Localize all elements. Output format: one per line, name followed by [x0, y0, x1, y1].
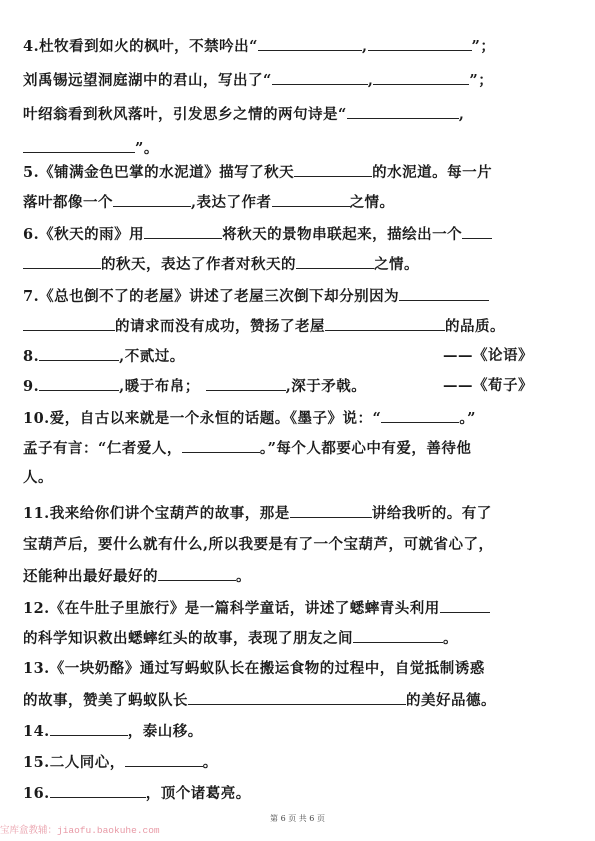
answer-blank[interactable] — [158, 566, 236, 581]
answer-blank[interactable] — [294, 162, 372, 177]
answer-blank[interactable] — [462, 224, 492, 239]
question-5-line-2: 落叶都像一个,表达了作者之情。 — [23, 192, 395, 213]
answer-blank[interactable] — [296, 254, 374, 269]
question-4-line-1: 4.杜牧看到如火的枫叶，不禁吟出“,”； — [23, 36, 495, 57]
question-11-line-1: 11.我来给你们讲个宝葫芦的故事，那是讲给我听的。有了 — [23, 503, 492, 524]
answer-blank[interactable] — [125, 752, 203, 767]
question-7-line-1: 7.《总也倒不了的老屋》讲述了老屋三次倒下却分别因为 — [23, 286, 489, 307]
answer-blank[interactable] — [272, 70, 368, 85]
question-4-line-2: 刘禹锡远望洞庭湖中的君山，写出了“,”； — [23, 70, 493, 91]
question-10-line-2: 孟子有言：“仁者爱人，。”每个人都要心中有爱，善待他 — [23, 438, 471, 459]
answer-blank[interactable] — [23, 138, 135, 153]
question-8-source: ——《论语》 — [443, 346, 533, 366]
question-9: 9.,暖于布帛；,深于矛戟。 — [23, 376, 366, 397]
question-12-line-1: 12.《在牛肚子里旅行》是一篇科学童话，讲述了蟋蟀青头利用 — [23, 598, 490, 619]
answer-blank[interactable] — [206, 376, 286, 391]
answer-blank[interactable] — [347, 104, 459, 119]
answer-blank[interactable] — [23, 254, 101, 269]
answer-blank[interactable] — [440, 598, 490, 613]
answer-blank[interactable] — [188, 690, 406, 705]
question-7-line-2: 的请求而没有成功，赞扬了老屋的品质。 — [23, 316, 505, 337]
question-15: 15.二人同心，。 — [23, 752, 218, 773]
question-13-line-1: 13.《一块奶酪》通过写蚂蚁队长在搬运食物的过程中，自觉抵制诱惑 — [23, 659, 485, 679]
question-11-line-2: 宝葫芦后，要什么就有什么,所以我要是有了一个宝葫芦，可就省心了， — [23, 535, 494, 555]
answer-blank[interactable] — [50, 721, 128, 736]
question-10-line-3: 人。 — [23, 468, 53, 488]
answer-blank[interactable] — [325, 316, 445, 331]
answer-blank[interactable] — [39, 346, 119, 361]
question-9-source: ——《荀子》 — [443, 376, 533, 396]
question-11-line-3: 还能种出最好最好的。 — [23, 566, 251, 587]
answer-blank[interactable] — [23, 316, 115, 331]
answer-blank[interactable] — [272, 192, 350, 207]
question-4-line-3: 叶绍翁看到秋风落叶，引发思乡之情的两句诗是“, — [23, 104, 464, 125]
question-12-line-2: 的科学知识救出蟋蟀红头的故事，表现了朋友之间。 — [23, 628, 458, 649]
question-16: 16.，顶个诸葛亮。 — [23, 783, 251, 804]
answer-blank[interactable] — [399, 286, 489, 301]
answer-blank[interactable] — [258, 36, 362, 51]
question-10-line-1: 10.爱，自古以来就是一个永恒的话题。《墨子》说：“。” — [23, 408, 476, 429]
question-8: 8.,不贰过。 — [23, 346, 185, 367]
answer-blank[interactable] — [144, 224, 222, 239]
question-14: 14.，泰山移。 — [23, 721, 203, 742]
question-5-line-1: 5.《铺满金色巴掌的水泥道》描写了秋天的水泥道。每一片 — [23, 162, 492, 183]
answer-blank[interactable] — [353, 628, 443, 643]
question-13-line-2: 的故事，赞美了蚂蚁队长的美好品德。 — [23, 690, 496, 711]
question-6-line-1: 6.《秋天的雨》用将秋天的景物串联起来，描绘出一个 — [23, 224, 492, 245]
question-4-line-4: ”。 — [23, 138, 159, 159]
answer-blank[interactable] — [50, 783, 146, 798]
answer-blank[interactable] — [182, 438, 260, 453]
answer-blank[interactable] — [368, 36, 472, 51]
answer-blank[interactable] — [290, 503, 372, 518]
answer-blank[interactable] — [373, 70, 469, 85]
answer-blank[interactable] — [39, 376, 119, 391]
answer-blank[interactable] — [113, 192, 191, 207]
question-6-line-2: 的秋天，表达了作者对秋天的之情。 — [23, 254, 419, 275]
watermark: 宝库盒教辅：jiaofu.baokuhe.com — [0, 822, 160, 836]
answer-blank[interactable] — [381, 408, 459, 423]
